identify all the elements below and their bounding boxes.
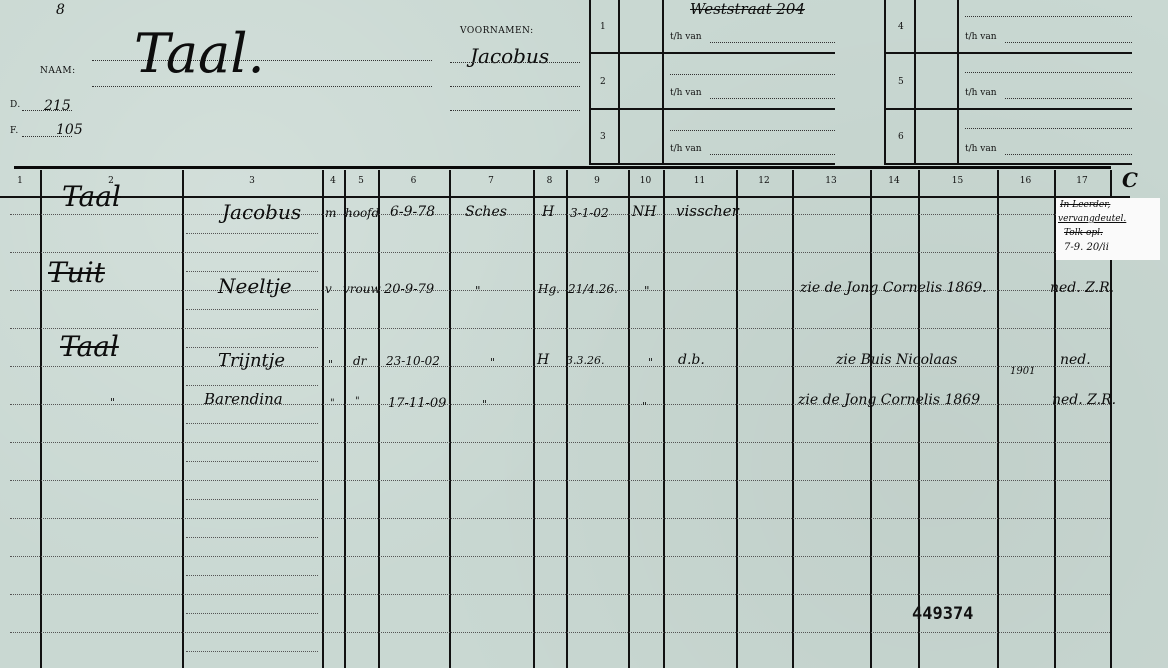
row4-sex: " [330,398,335,409]
column-number-10: 10 [628,176,663,186]
column-number-15: 15 [918,176,997,186]
ruled-line [10,442,1110,443]
ruled-line [10,252,1110,253]
column-number-17: 17 [1054,176,1110,186]
row3-remark-year: 1901 [1010,366,1035,377]
row2-church: " [644,284,650,298]
ruled-line-sub [186,537,318,538]
column-number-9: 9 [566,176,628,186]
column-number-16: 16 [997,176,1054,186]
column-number-13: 13 [792,176,870,186]
th-van-4: t/h van [965,32,997,42]
th-van-5: t/h van [965,88,997,98]
f-label: F. [10,126,19,136]
column-number-3: 3 [182,176,322,186]
row3-given: Trijntje [218,350,285,371]
row2-birth: 20-9-79 [384,282,434,297]
row3-relation: dr [353,354,366,368]
th-van-line-6 [1005,154,1132,155]
th-van-line-3 [710,154,835,155]
row1-church: NH [632,204,656,220]
voornamen-dotted-line-3 [450,110,580,111]
row4-birth: 17-11-09 [388,396,446,411]
naam-dotted-line-2 [92,86,432,87]
voornamen-value: Jacobus [470,44,549,68]
ruled-line-sub [186,347,318,348]
note-line-1: In Leerder, [1060,200,1110,210]
ruled-line-sub [186,423,318,424]
column-number-12: 12 [736,176,792,186]
row3-birth: 23-10-02 [386,354,440,368]
voornamen-dotted-line-2 [450,86,580,87]
address-line-3 [670,130,835,131]
address-num-1: 1 [600,22,606,32]
ruled-line [10,214,1110,215]
address-num-5: 5 [898,77,904,87]
column-17-note-card: In Leerder, vervangdeutel. Tolk-opl. 7-9… [1056,198,1160,260]
ruled-line-sub [186,575,318,576]
corner-mark: 8 [56,2,65,18]
th-van-line-1 [710,42,835,43]
row3-surname: Taal [60,330,119,363]
address-num-6: 6 [898,132,904,142]
row1-sex: m [325,206,336,220]
voornamen-dotted-line [450,62,580,63]
address-street-1: Weststraat 204 [690,0,805,18]
address-line-2 [670,74,835,75]
row1-relation: hoofd [345,206,379,220]
row2-relation: vrouw [343,282,381,296]
address-num-4: 4 [898,22,904,32]
row1-birthplace: Sches [465,204,507,220]
column-number-7: 7 [449,176,533,186]
d-value: 215 [44,98,71,114]
row4-church: " [642,400,647,413]
ruled-line [10,632,1110,633]
row2-sex: v [325,282,332,296]
row4-given: Barendina [204,390,283,408]
row3-remark: zie Buis Nicolaas [836,352,957,368]
row1-col8: H [542,204,554,220]
ruled-line [10,480,1110,481]
row3-remark2: ned. [1060,352,1091,368]
row2-col8: Hg. [538,282,560,296]
th-van-6: t/h van [965,144,997,154]
row4-remark2: ned. Z.R. [1052,392,1116,408]
row4-remark: zie de Jong Cornelis 1869 [798,392,980,408]
th-van-line-4 [1005,42,1132,43]
row2-remark2: ned. Z.R. [1050,280,1114,296]
row4-birthplace: " [482,398,487,411]
ruled-line-sub [186,613,318,614]
address-line-4 [965,16,1132,17]
address-num-3: 3 [600,132,606,142]
th-van-1: t/h van [670,32,702,42]
th-van-line-5 [1005,98,1132,99]
row1-birth: 6-9-78 [390,204,435,220]
row1-occupation: visscher [676,202,739,220]
column-number-14: 14 [870,176,918,186]
column-number-4: 4 [322,176,344,186]
column-number-5: 5 [344,176,378,186]
ruled-line [10,328,1110,329]
th-van-line-2 [710,98,835,99]
ruled-line-sub [186,461,318,462]
note-line-2: vervangdeutel. [1058,214,1126,224]
ruled-line-sub [186,651,318,652]
naam-value: Taal. [134,22,265,85]
th-van-3: t/h van [670,144,702,154]
corner-letter: C [1122,168,1138,192]
ruled-line [10,518,1110,519]
note-line-4: 7-9. 20/ii [1064,242,1109,253]
naam-label: NAAM: [40,66,76,76]
row3-church: " [648,356,653,369]
row1-date: 3-1-02 [570,206,609,220]
ruled-line-sub [186,233,318,234]
row2-date: 21/4.26. [568,282,618,296]
row3-date: 3.3.26. [566,354,604,367]
ruled-line-sub [186,385,318,386]
ruled-line-sub [186,499,318,500]
row4-relation: " [355,396,360,407]
address-num-2: 2 [600,77,606,87]
column-number-8: 8 [533,176,566,186]
section-divider [14,166,1111,169]
ruled-line-sub [186,309,318,310]
row4-surname: " [110,396,115,409]
ruled-line-sub [186,271,318,272]
row1-surname: Taal [62,180,121,213]
header-divider [0,196,1130,198]
row3-birthplace: " [490,356,495,369]
f-value: 105 [56,122,83,138]
row2-surname: Tuit [48,256,105,289]
row3-occupation: d.b. [678,352,705,368]
row3-col8: H [537,352,549,368]
row2-birthplace: " [475,284,481,298]
column-number-11: 11 [663,176,736,186]
column-number-6: 6 [378,176,449,186]
row1-given: Jacobus [222,200,301,224]
ruled-line [10,556,1110,557]
archive-number: 449374 [912,604,973,624]
th-van-2: t/h van [670,88,702,98]
row2-given: Neeltje [218,274,292,298]
note-line-3: Tolk-opl. [1064,228,1103,238]
voornamen-label: VOORNAMEN: [460,26,534,36]
ruled-line [10,594,1110,595]
address-line-5 [965,72,1132,73]
row2-remark: zie de Jong Cornelis 1869. [800,280,987,296]
column-number-1: 1 [0,176,40,186]
d-label: D. [10,100,21,110]
row3-sex: " [328,358,333,371]
address-line-6 [965,128,1132,129]
